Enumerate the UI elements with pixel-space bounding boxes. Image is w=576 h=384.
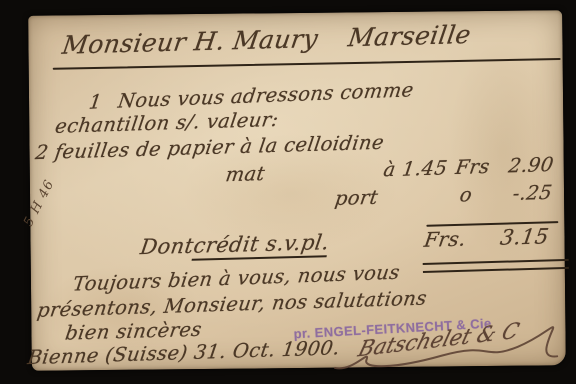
recipient-name: Monsieur H. Maury (60, 24, 320, 60)
port-ditto: o (460, 183, 473, 206)
credit-underlined: crédit s.v.pl. (192, 230, 331, 261)
port-label: port (335, 186, 379, 210)
amount-1: 2.90 (508, 153, 554, 177)
total-double-rule (423, 259, 569, 273)
port-amount: -.25 (512, 181, 552, 205)
unit-price: à 1.45 (383, 156, 447, 181)
item-finish: mat (225, 162, 265, 186)
header-rule (53, 58, 561, 70)
total-currency: Frs. (424, 227, 466, 252)
address-line: Monsieur H. MauryMarseille (62, 20, 471, 60)
credit-note: Dont crédit s.v.pl. (140, 230, 329, 262)
item-number: 1 (88, 90, 104, 114)
total-amount: 3.15 (500, 224, 549, 249)
postcard: Monsieur H. MauryMarseille 1Nous vous ad… (28, 10, 566, 371)
destination-city: Marseille (346, 20, 473, 52)
scan-background: { "scan": { "background_color": "#0c0a08… (0, 0, 576, 384)
spacer (318, 46, 348, 47)
currency-1: Frs (455, 155, 490, 179)
